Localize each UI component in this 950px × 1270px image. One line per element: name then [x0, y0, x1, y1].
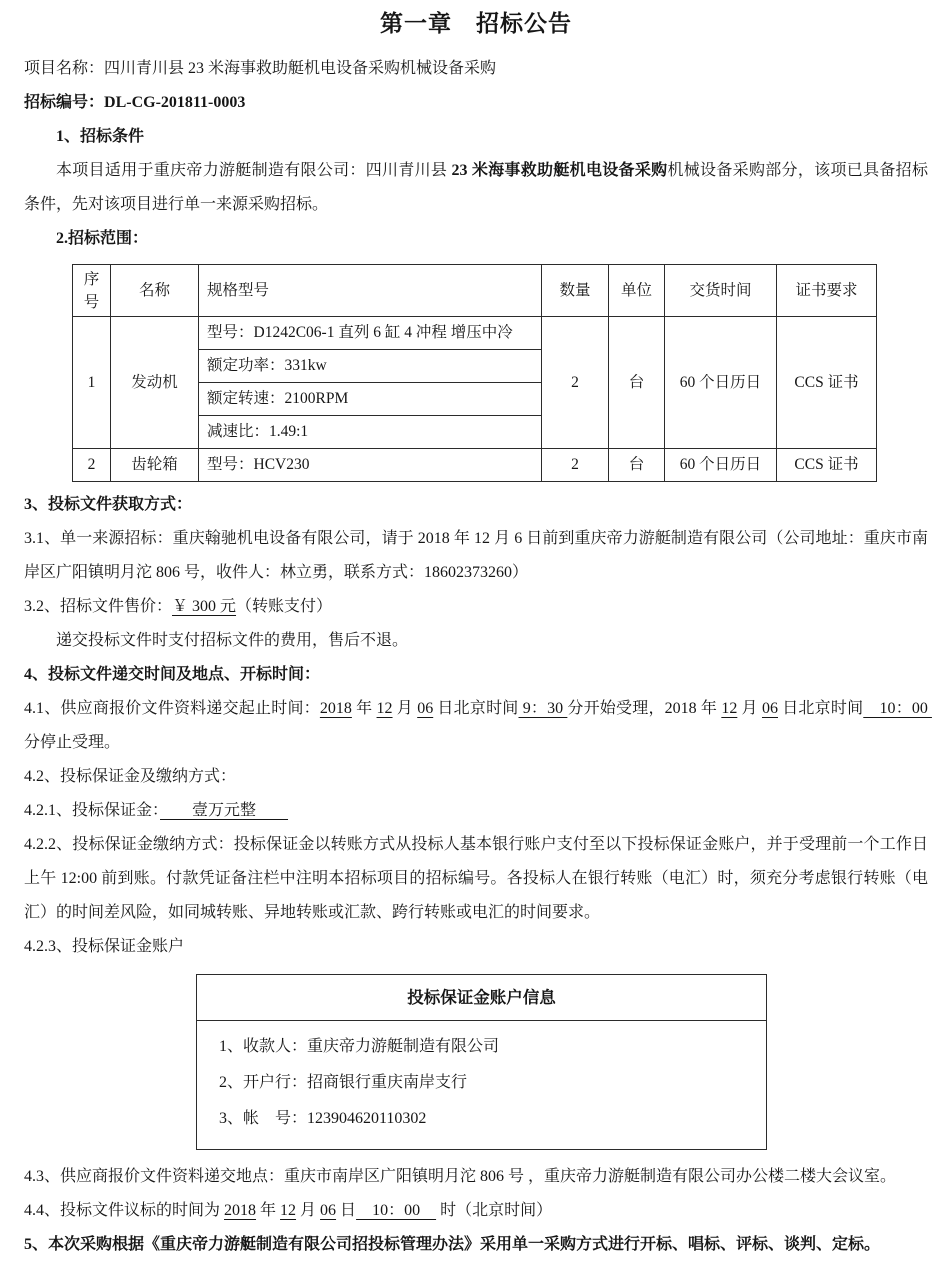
tender-number-label: 招标编号：	[24, 94, 104, 111]
clause-4-2: 4.2、投标保证金及缴纳方式：	[24, 760, 928, 794]
text-segment: 4.4、投标文件议标的时间为	[24, 1202, 224, 1219]
section-5-heading: 5、本次采购根据《重庆帝力游艇制造有限公司招投标管理办法》采用单一采购方式进行开…	[24, 1228, 928, 1262]
text-segment: 时（北京时间）	[436, 1202, 552, 1219]
clause-4-3: 4.3、供应商报价文件资料递交地点：重庆市南岸区广阳镇明月沱 806 号 ，重庆…	[24, 1160, 928, 1194]
text-segment: 3.2、招标文件售价：	[24, 598, 172, 615]
tender-number-value: DL-CG-201811-0003	[104, 94, 245, 111]
date-underlined: 12	[377, 700, 393, 717]
text-segment: 日北京时间	[433, 700, 518, 717]
date-underlined: 06	[762, 700, 778, 717]
text-segment: 分停止受理。	[24, 734, 120, 751]
cell-unit: 台	[609, 449, 665, 482]
page-title: 第一章 招标公告	[24, 8, 928, 40]
text-segment: 4.1、供应商报价文件资料递交起止时间：	[24, 700, 320, 717]
cell-unit: 台	[609, 317, 665, 449]
col-header-delivery: 交货时间	[665, 265, 777, 317]
deposit-amount-underlined: 壹万元整	[160, 802, 288, 819]
deposit-account-body-row: 1、收款人：重庆帝力游艇制造有限公司 2、开户行：招商银行重庆南岸支行 3、帐 …	[197, 1021, 767, 1150]
section-3-heading: 3、投标文件获取方式：	[24, 488, 928, 522]
table-row-gearbox: 2 齿轮箱 型号：HCV230 2 台 60 个日历日 CCS 证书	[73, 449, 877, 482]
cell-spec: 额定功率：331kw	[199, 350, 542, 383]
project-name-label: 项目名称：	[24, 60, 104, 77]
text-segment: 日北京时间	[778, 700, 863, 717]
account-number-line: 3、帐 号：123904620110302	[219, 1101, 756, 1137]
time-underlined: 9：30	[519, 700, 568, 717]
clause-4-1: 4.1、供应商报价文件资料递交起止时间：2018 年 12 月 06 日北京时间…	[24, 692, 928, 760]
date-underlined: 06	[417, 700, 433, 717]
goods-table: 序号 名称 规格型号 数量 单位 交货时间 证书要求 1 发动机 型号：D124…	[72, 264, 877, 482]
date-underlined: 2018	[320, 700, 352, 717]
deposit-account-header-row: 投标保证金账户信息	[197, 975, 767, 1021]
section-1-heading: 1、招标条件	[24, 120, 928, 154]
col-header-seq: 序号	[73, 265, 111, 317]
text-segment: 本项目适用于重庆帝力游艇制造有限公司：四川青川县	[56, 162, 452, 179]
clause-3-2: 3.2、招标文件售价：￥ 300 元（转账支付）	[24, 590, 928, 624]
clause-4-2-1: 4.2.1、投标保证金： 壹万元整	[24, 794, 928, 828]
cell-cert: CCS 证书	[777, 317, 877, 449]
text-segment: 年	[352, 700, 377, 717]
cell-spec: 型号：HCV230	[199, 449, 542, 482]
cell-delivery: 60 个日历日	[665, 317, 777, 449]
date-underlined: 12	[280, 1202, 296, 1219]
text-segment: 月	[737, 700, 762, 717]
text-segment: （转账支付）	[236, 598, 332, 615]
project-name-line: 项目名称：四川青川县 23 米海事救助艇机电设备采购机械设备采购	[24, 52, 928, 86]
bank-line: 2、开户行：招商银行重庆南岸支行	[219, 1065, 756, 1101]
col-header-spec: 规格型号	[199, 265, 542, 317]
time-underlined: 10：00	[863, 700, 932, 717]
col-header-cert: 证书要求	[777, 265, 877, 317]
tender-number-line: 招标编号：DL-CG-201811-0003	[24, 86, 928, 120]
table-row-engine: 1 发动机 型号：D1242C06-1 直列 6 缸 4 冲程 增压中冷 2 台…	[73, 317, 877, 350]
cell-cert: CCS 证书	[777, 449, 877, 482]
cell-spec: 额定转速：2100RPM	[199, 383, 542, 416]
document-price-underlined: ￥ 300 元	[172, 598, 236, 615]
col-header-name: 名称	[111, 265, 199, 317]
clause-4-2-3: 4.2.3、投标保证金账户	[24, 930, 928, 964]
cell-seq: 1	[73, 317, 111, 449]
deposit-account-table: 投标保证金账户信息 1、收款人：重庆帝力游艇制造有限公司 2、开户行：招商银行重…	[196, 974, 767, 1150]
date-underlined: 12	[721, 700, 737, 717]
cell-name: 齿轮箱	[111, 449, 199, 482]
text-segment: 月	[296, 1202, 320, 1219]
clause-3-2-note: 递交投标文件时支付招标文件的费用，售后不退。	[24, 624, 928, 658]
payee-line: 1、收款人：重庆帝力游艇制造有限公司	[219, 1029, 756, 1065]
cell-delivery: 60 个日历日	[665, 449, 777, 482]
section-4-heading: 4、投标文件递交时间及地点、开标时间：	[24, 658, 928, 692]
text-segment: 分开始受理，2018 年	[567, 700, 721, 717]
cell-name: 发动机	[111, 317, 199, 449]
clause-4-2-2: 4.2.2、投标保证金缴纳方式：投标保证金以转账方式从投标人基本银行账户支付至以…	[24, 828, 928, 930]
cell-spec: 型号：D1242C06-1 直列 6 缸 4 冲程 增压中冷	[199, 317, 542, 350]
text-segment-bold: 23 米海事救助艇机电设备采购	[452, 162, 668, 179]
text-segment: 月	[393, 700, 418, 717]
project-name-value: 四川青川县 23 米海事救助艇机电设备采购机械设备采购	[104, 60, 496, 77]
deposit-account-details: 1、收款人：重庆帝力游艇制造有限公司 2、开户行：招商银行重庆南岸支行 3、帐 …	[197, 1021, 767, 1150]
cell-seq: 2	[73, 449, 111, 482]
date-underlined: 06	[320, 1202, 336, 1219]
cell-spec: 减速比：1.49:1	[199, 416, 542, 449]
text-segment: 4.2.1、投标保证金：	[24, 802, 160, 819]
cell-qty: 2	[542, 317, 609, 449]
tender-announcement-document: 第一章 招标公告 项目名称：四川青川县 23 米海事救助艇机电设备采购机械设备采…	[0, 0, 950, 1270]
clause-1-paragraph: 本项目适用于重庆帝力游艇制造有限公司：四川青川县 23 米海事救助艇机电设备采购…	[24, 154, 928, 222]
clause-3-1: 3.1、单一来源招标：重庆翰驰机电设备有限公司，请于 2018 年 12 月 6…	[24, 522, 928, 590]
date-underlined: 2018	[224, 1202, 256, 1219]
col-header-unit: 单位	[609, 265, 665, 317]
text-segment: 日	[336, 1202, 356, 1219]
cell-qty: 2	[542, 449, 609, 482]
goods-table-header-row: 序号 名称 规格型号 数量 单位 交货时间 证书要求	[73, 265, 877, 317]
deposit-account-title: 投标保证金账户信息	[197, 975, 767, 1021]
text-segment: 年	[256, 1202, 280, 1219]
section-2-heading: 2.招标范围：	[24, 222, 928, 256]
time-underlined: 10：00	[356, 1202, 436, 1219]
col-header-qty: 数量	[542, 265, 609, 317]
clause-4-4: 4.4、投标文件议标的时间为 2018 年 12 月 06 日 10：00 时（…	[24, 1194, 928, 1228]
